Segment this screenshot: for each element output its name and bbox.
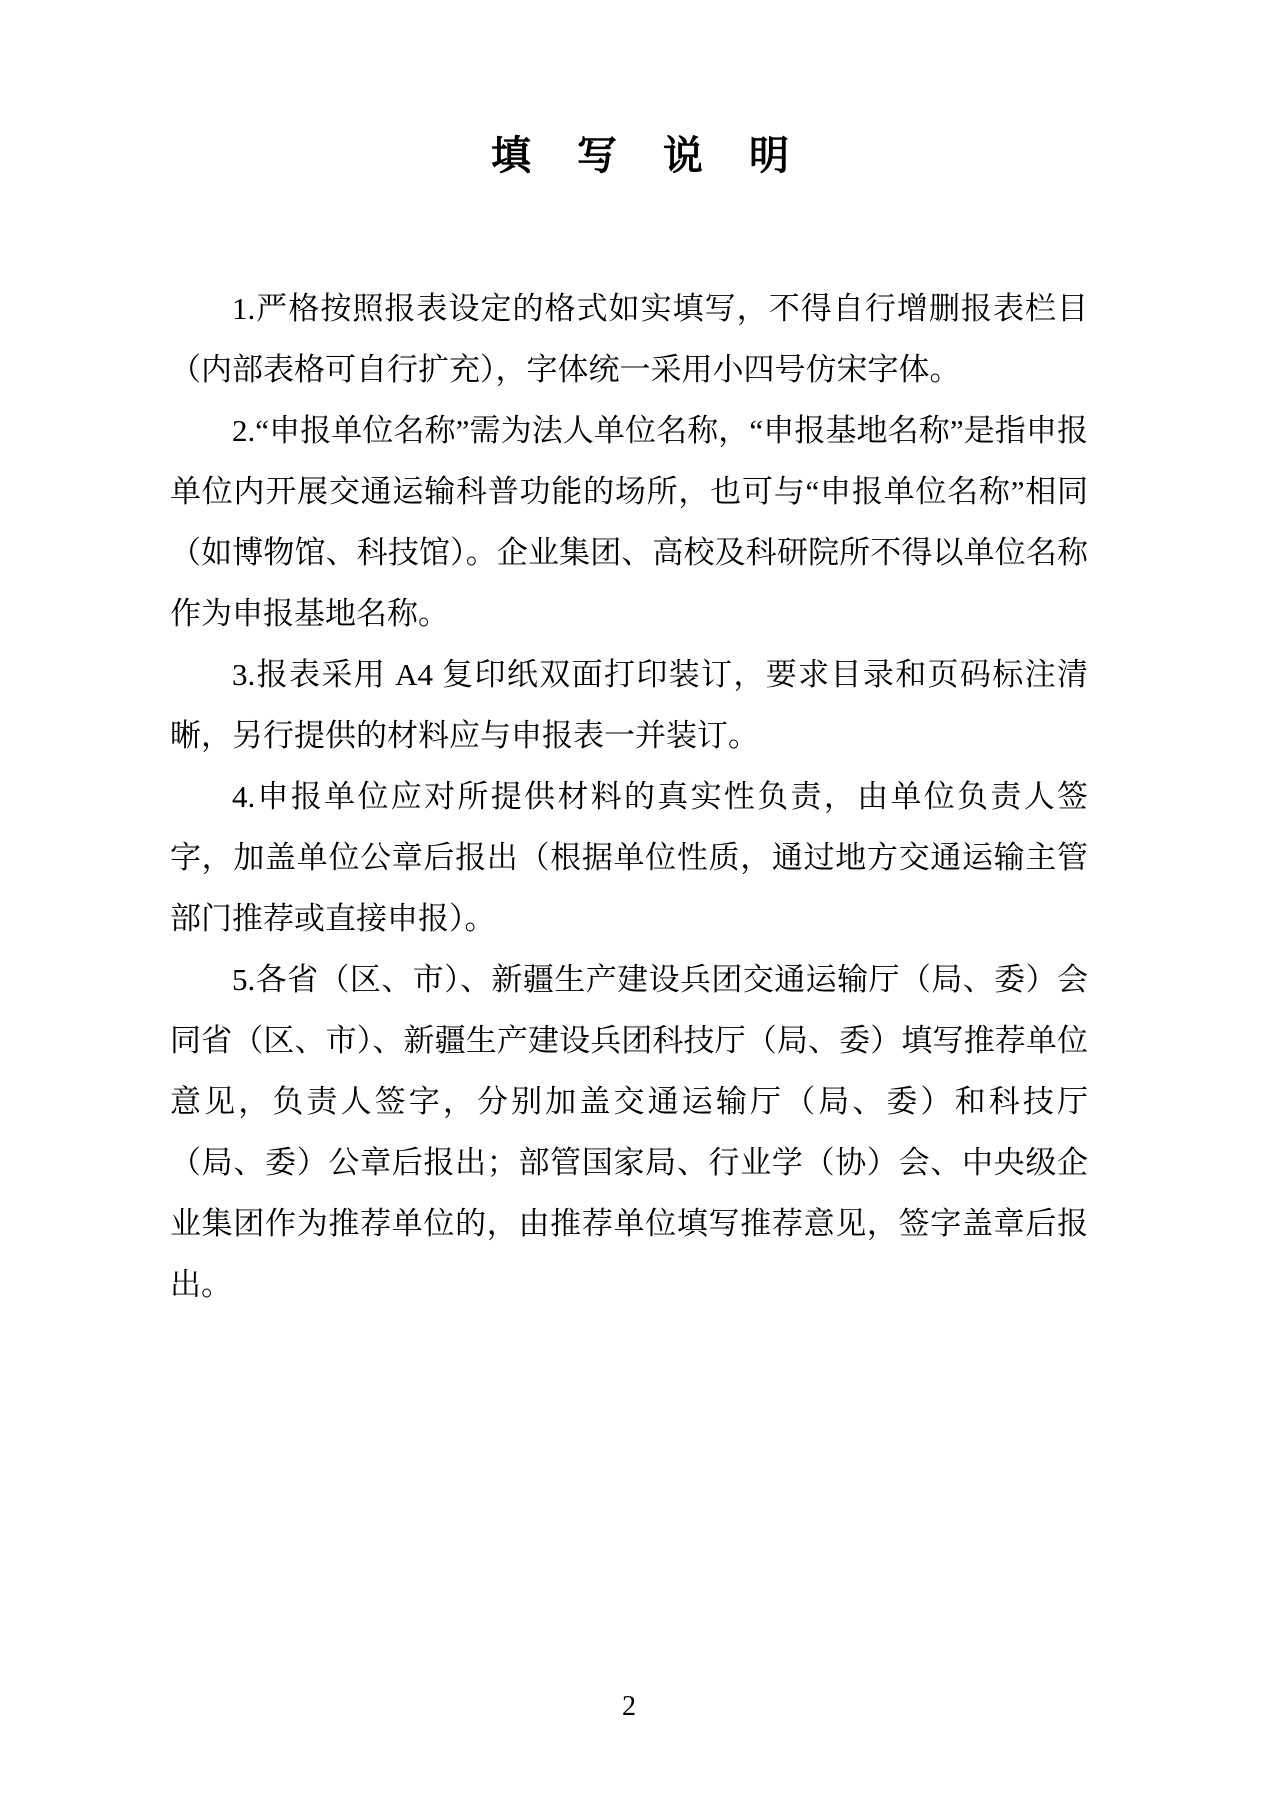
page-number: 2 [622, 1691, 636, 1722]
instruction-paragraph-3: 3.报表采用 A4 复印纸双面打印装订，要求目录和页码标注清晰，另行提供的材料应… [170, 644, 1088, 766]
page-title: 填写说明 [0, 0, 1280, 186]
document-page: 填写说明 1.严格按照报表设定的格式如实填写，不得自行增删报表栏目（内部表格可自… [0, 0, 1280, 1810]
instruction-paragraph-2: 2.“申报单位名称”需为法人单位名称，“申报基地名称”是指申报单位内开展交通运输… [170, 400, 1088, 644]
instructions-body: 1.严格按照报表设定的格式如实填写，不得自行增删报表栏目（内部表格可自行扩充），… [170, 278, 1088, 1315]
instruction-paragraph-1: 1.严格按照报表设定的格式如实填写，不得自行增删报表栏目（内部表格可自行扩充），… [170, 278, 1088, 400]
page-footer: 2 [170, 1690, 1088, 1724]
instruction-paragraph-4: 4.申报单位应对所提供材料的真实性负责，由单位负责人签字，加盖单位公章后报出（根… [170, 766, 1088, 949]
instruction-paragraph-5: 5.各省（区、市）、新疆生产建设兵团交通运输厅（局、委）会同省（区、市）、新疆生… [170, 949, 1088, 1315]
